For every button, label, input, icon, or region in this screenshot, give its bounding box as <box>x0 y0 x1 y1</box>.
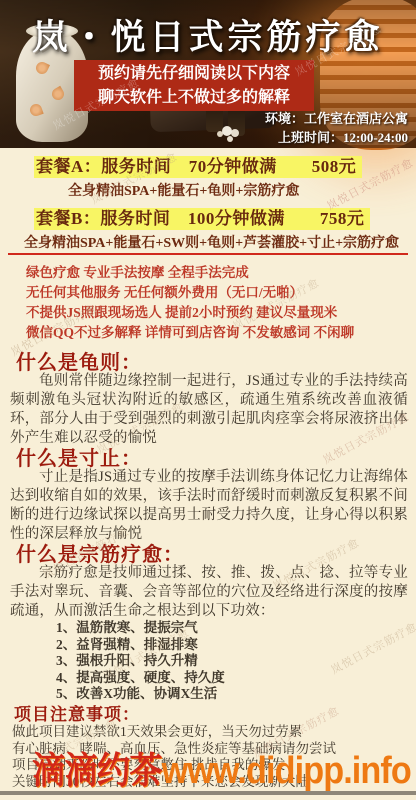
effect-item: 1、温筋散寒、提振宗气 <box>56 620 225 637</box>
service-rule: 微信QQ不过多解释 详情可到店咨询 不发敏感词 不闲聊 <box>26 323 406 343</box>
effect-item: 3、强根升阳、持久升精 <box>56 653 225 670</box>
package-a-price-line: 套餐A：服务时间 70分钟做满 508元 <box>34 156 362 178</box>
white-flower-graphic <box>222 126 232 136</box>
section-body-guize: 龟则常伴随边缘控制一起进行，JS通过专业的手法持续高频刺激龟头冠状沟附近的敏感区… <box>10 372 408 448</box>
flyer-page: 岚・悦日式宗筋疗愈 预约请先仔细阅读以下内容 聊天软件上不做过多的解释 环境：工… <box>0 0 416 800</box>
service-rule: 不提供JS照跟现场选人 提前2小时预约 建议尽量现米 <box>26 303 406 323</box>
note-line: 做此项目建议禁欲1天效果会更好，当天勿过劳累 <box>12 724 412 741</box>
section-body-zongjin: 宗筋疗愈是技师通过揉、按、推、拨、点、捻、拉等专业手法对睾玩、音囊、会音等部位的… <box>10 564 408 621</box>
package-b-detail: 全身精油SPA+能量石+SW则+龟则+芦荟灌胶+寸止+宗筋疗愈 <box>24 232 399 252</box>
booking-notice-line2: 聊天软件上不做过多的解释 <box>78 86 310 110</box>
work-hours-line: 上班时间：12:00-24:00 <box>265 129 408 148</box>
environment-info: 环境：工作室在酒店公寓 上班时间：12:00-24:00 <box>265 110 408 148</box>
diagonal-watermark: 岚悦日式宗筋疗愈 <box>328 618 416 677</box>
booking-notice-line1: 预约请先仔细阅读以下内容 <box>78 62 310 86</box>
environment-line: 环境：工作室在酒店公寓 <box>265 110 408 129</box>
package-a-row: 套餐A：服务时间 70分钟做满 508元 <box>34 152 362 177</box>
booking-notice-box: 预约请先仔细阅读以下内容 聊天软件上不做过多的解释 <box>74 60 314 111</box>
package-a-detail: 全身精油SPA+能量石+龟则+宗筋疗愈 <box>68 180 299 200</box>
section-heading-cunzhi: 什么是寸止： <box>16 442 142 471</box>
section-heading-guize: 什么是龟则： <box>16 346 142 375</box>
section-body-cunzhi: 寸止是指JS通过专业的按摩手法训练身体记忆力让海绵体达到收缩自如的效果，该手法时… <box>10 468 408 544</box>
package-b-row: 套餐B：服务时间 100分钟做满 758元 <box>34 204 370 229</box>
hero-photo-banner: 岚・悦日式宗筋疗愈 预约请先仔细阅读以下内容 聊天软件上不做过多的解释 环境：工… <box>0 0 416 148</box>
didipp-url-text: www.didipp.info <box>162 750 411 792</box>
service-rule: 绿色疗愈 专业手法按摩 全程手法完成 <box>26 263 406 283</box>
service-rule: 无任何其他服务 无任何额外费用（无口/无啪） <box>26 283 406 303</box>
effect-item: 4、提高强度、硬度、持久度 <box>56 670 225 687</box>
didipp-brand-text: 滴滴约茶 <box>32 750 162 791</box>
divider-rule <box>8 253 408 255</box>
effect-item: 2、益肾强精、排湿排寒 <box>56 637 225 654</box>
section-heading-zongjin: 什么是宗筋疗愈： <box>16 538 184 567</box>
effects-list: 1、温筋散寒、提振宗气 2、益肾强精、排湿排寒 3、强根升阳、持久升精 4、提高… <box>56 620 225 703</box>
notes-heading: 项目注意事项： <box>14 700 140 725</box>
page-title: 岚・悦日式宗筋疗愈 <box>0 10 416 60</box>
didipp-watermark-overlay: 滴滴约茶www.didipp.info <box>32 740 411 794</box>
service-rules-list: 绿色疗愈 专业手法按摩 全程手法完成 无任何其他服务 无任何额外费用（无口/无啪… <box>26 263 406 343</box>
package-b-price-line: 套餐B：服务时间 100分钟做满 758元 <box>34 208 370 230</box>
